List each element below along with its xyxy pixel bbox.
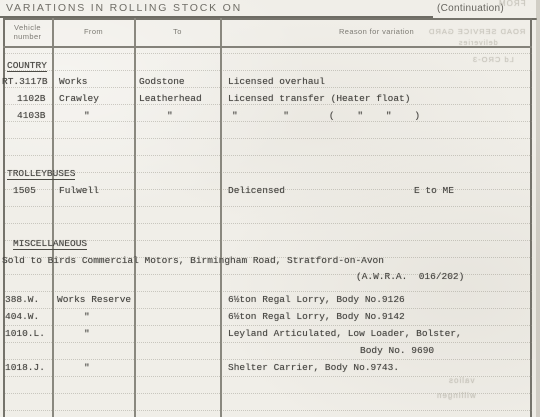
cell-vehicle: 404.W. <box>5 311 39 322</box>
section-heading-trolleybuses: TROLLEYBUSES <box>7 168 75 180</box>
cell-reason: 6½ton Regal Lorry, Body No.9126 <box>228 294 405 305</box>
cell-reason: " " ( " " ) <box>232 110 420 121</box>
feint-rule-line <box>5 53 532 54</box>
feint-rule-line <box>5 376 532 377</box>
feint-rule-line <box>5 325 532 326</box>
column-divider-to <box>220 18 222 417</box>
cell-reason: Shelter Carrier, Body No.9743. <box>228 362 399 373</box>
cell-from: Works Reserve <box>57 294 131 305</box>
cell-from: " <box>84 110 90 121</box>
cell-from: Fulwell <box>59 185 99 196</box>
cell-from: Crawley <box>59 93 99 104</box>
feint-rule-line <box>5 274 532 275</box>
feint-rule-line <box>5 291 532 292</box>
scan-edge <box>536 0 540 417</box>
cell-reason: Leyland Articulated, Low Loader, Bolster… <box>228 328 462 339</box>
cell-vehicle: 1102B <box>17 93 46 104</box>
cell-from: Works <box>59 76 88 87</box>
cell-to: Godstone <box>139 76 185 87</box>
feint-rule-line <box>5 393 532 394</box>
column-header-vehicle-line1: Vehicle <box>4 23 51 32</box>
feint-rule-line <box>5 308 532 309</box>
cell-vehicle: RT.3117B <box>2 76 48 87</box>
cell-note: E to ME <box>414 185 454 196</box>
feint-rule-line <box>5 223 532 224</box>
cell-to: " <box>167 110 173 121</box>
feint-rule-line <box>5 410 532 411</box>
feint-rule-line <box>5 189 532 190</box>
cell-reason: Licensed transfer (Heater float) <box>228 93 410 104</box>
feint-rule-line <box>5 359 532 360</box>
feint-rule-line <box>5 104 532 105</box>
cell-vehicle: 1505 <box>13 185 36 196</box>
bleedthrough-text: Ld CRO-3 <box>472 55 514 64</box>
feint-rule-line <box>5 257 532 258</box>
feint-rule-line <box>5 206 532 207</box>
cell-vehicle: 388.W. <box>5 294 39 305</box>
feint-rule-line <box>5 342 532 343</box>
cell-reason: Delicensed <box>228 185 285 196</box>
cell-reason: 6½ton Regal Lorry, Body No.9142 <box>228 311 405 322</box>
feint-rule-line <box>5 155 532 156</box>
bleedthrough-text: deliveries <box>458 40 498 47</box>
reference-number: (A.W.R.A. 016/202) <box>356 271 464 282</box>
cell-from: " <box>84 362 90 373</box>
feint-rule-line <box>5 87 532 88</box>
bleedthrough-text: valios <box>448 376 474 385</box>
bleedthrough-text: ROAD SERVICE GARD <box>428 27 525 36</box>
cell-reason-continued: Body No. 9690 <box>360 345 434 356</box>
cell-vehicle: 1018.J. <box>5 362 45 373</box>
cell-reason: Licensed overhaul <box>228 76 325 87</box>
bleedthrough-text: FROM <box>498 0 526 8</box>
feint-rule-line <box>5 121 532 122</box>
feint-rule-line <box>5 240 532 241</box>
cell-from: " <box>84 328 90 339</box>
column-header-to: To <box>135 27 220 36</box>
cell-to: Leatherhead <box>139 93 202 104</box>
cell-from: " <box>84 311 90 322</box>
column-header-from: From <box>53 27 134 36</box>
column-divider-vehicle <box>52 18 54 417</box>
column-header-vehicle-line2: number <box>4 32 51 41</box>
column-divider-from <box>134 18 136 417</box>
page-title: VARIATIONS IN ROLLING STOCK ON <box>6 2 242 14</box>
continuation-label: (Continuation) <box>437 3 504 14</box>
cell-vehicle: 4103B <box>17 110 46 121</box>
cell-vehicle: 1010.L. <box>5 328 45 339</box>
feint-rule-line <box>5 172 532 173</box>
document-page: VARIATIONS IN ROLLING STOCK ON (Continua… <box>0 0 540 417</box>
header-bottom-rule <box>3 46 532 48</box>
feint-rule-line <box>5 70 532 71</box>
feint-rule-line <box>5 138 532 139</box>
